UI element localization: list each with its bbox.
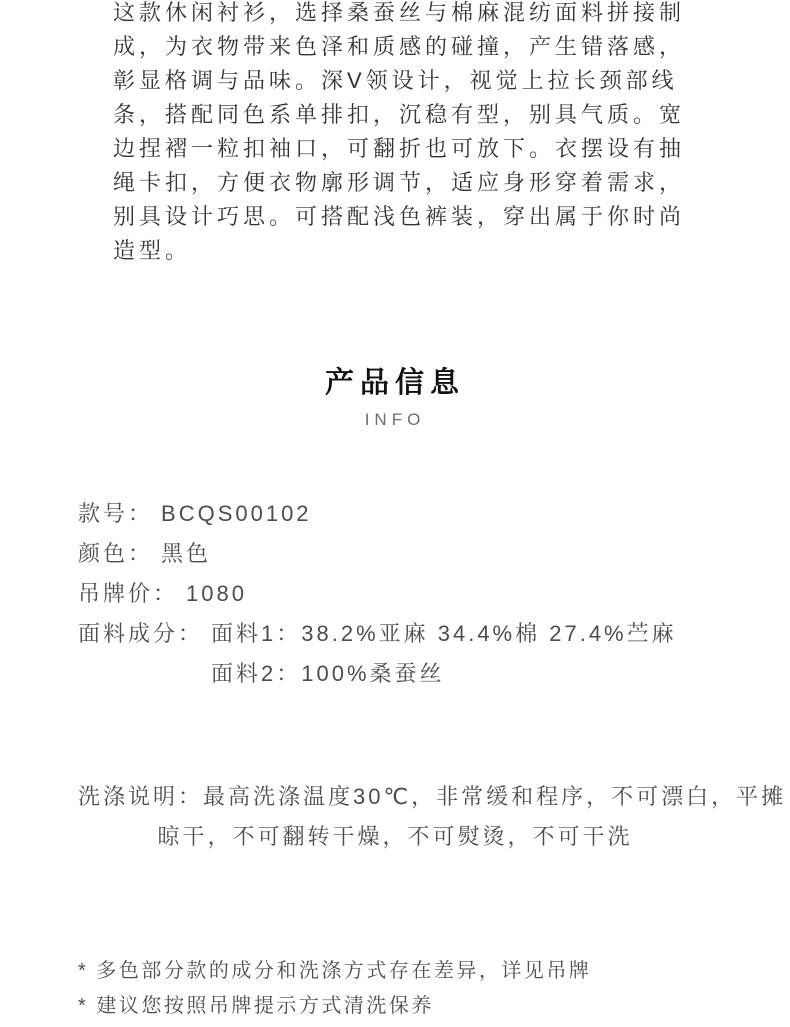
fabric-2-value: 面料2：100%桑蚕丝: [211, 654, 677, 694]
product-info-list: 款号： BCQS00102 颜色： 黑色 吊牌价： 1080 面料成分： 面料1…: [78, 494, 732, 694]
description-line: 造型。: [113, 234, 685, 268]
description-line: 条，搭配同色系单排扣，沉稳有型，别具气质。宽: [113, 98, 685, 132]
footnote: * 多色部分款的成分和洗涤方式存在差异，详见吊牌: [78, 954, 591, 989]
row-label: 吊牌价：: [78, 574, 178, 614]
description-line: 成，为衣物带来色泽和质感的碰撞，产生错落感，: [113, 30, 685, 64]
color-value: 黑色: [161, 534, 211, 574]
washing-line: 晾干，不可翻转干燥，不可熨烫，不可干洗: [78, 817, 712, 857]
description-line: 别具设计巧思。可搭配浅色裤装，穿出属于你时尚: [113, 200, 685, 234]
style-number-row: 款号： BCQS00102: [78, 494, 732, 534]
fabric-composition-values: 面料1：38.2%亚麻 34.4%棉 27.4%苎麻 面料2：100%桑蚕丝: [211, 614, 677, 694]
description-line: 绳卡扣，方便衣物廓形调节，适应身形穿着需求，: [113, 166, 685, 200]
footnote: * 建议您按照吊牌提示方式清洗保养: [78, 989, 591, 1024]
tag-price-row: 吊牌价： 1080: [78, 574, 732, 614]
product-info-header: 产品信息 INFO: [0, 365, 790, 430]
color-row: 颜色： 黑色: [78, 534, 732, 574]
product-description: 这款休闲衬衫，选择桑蚕丝与棉麻混纺面料拼接制 成，为衣物带来色泽和质感的碰撞，产…: [113, 0, 685, 268]
footnotes: * 多色部分款的成分和洗涤方式存在差异，详见吊牌 * 建议您按照吊牌提示方式清洗…: [78, 954, 591, 1024]
section-title: 产品信息: [0, 365, 790, 401]
fabric-1-value: 面料1：38.2%亚麻 34.4%棉 27.4%苎麻: [211, 614, 677, 654]
washing-instructions: 洗涤说明：最高洗涤温度30℃，非常缓和程序，不可漂白，平摊 晾干，不可翻转干燥，…: [78, 777, 712, 857]
description-line: 边捏褶一粒扣袖口，可翻折也可放下。衣摆设有抽: [113, 132, 685, 166]
row-label: 颜色：: [78, 534, 153, 574]
washing-line: 洗涤说明：最高洗涤温度30℃，非常缓和程序，不可漂白，平摊: [78, 777, 712, 817]
tag-price-value: 1080: [186, 574, 247, 614]
style-number-value: BCQS00102: [161, 494, 312, 534]
product-detail-page: 这款休闲衬衫，选择桑蚕丝与棉麻混纺面料拼接制 成，为衣物带来色泽和质感的碰撞，产…: [0, 0, 790, 1027]
row-label: 款号：: [78, 494, 153, 534]
row-label: 面料成分：: [78, 614, 203, 654]
section-subtitle: INFO: [0, 410, 790, 430]
description-line: 彰显格调与品味。深V领设计，视觉上拉长颈部线: [113, 64, 685, 98]
fabric-composition-row: 面料成分： 面料1：38.2%亚麻 34.4%棉 27.4%苎麻 面料2：100…: [78, 614, 732, 694]
description-line: 这款休闲衬衫，选择桑蚕丝与棉麻混纺面料拼接制: [113, 0, 685, 30]
